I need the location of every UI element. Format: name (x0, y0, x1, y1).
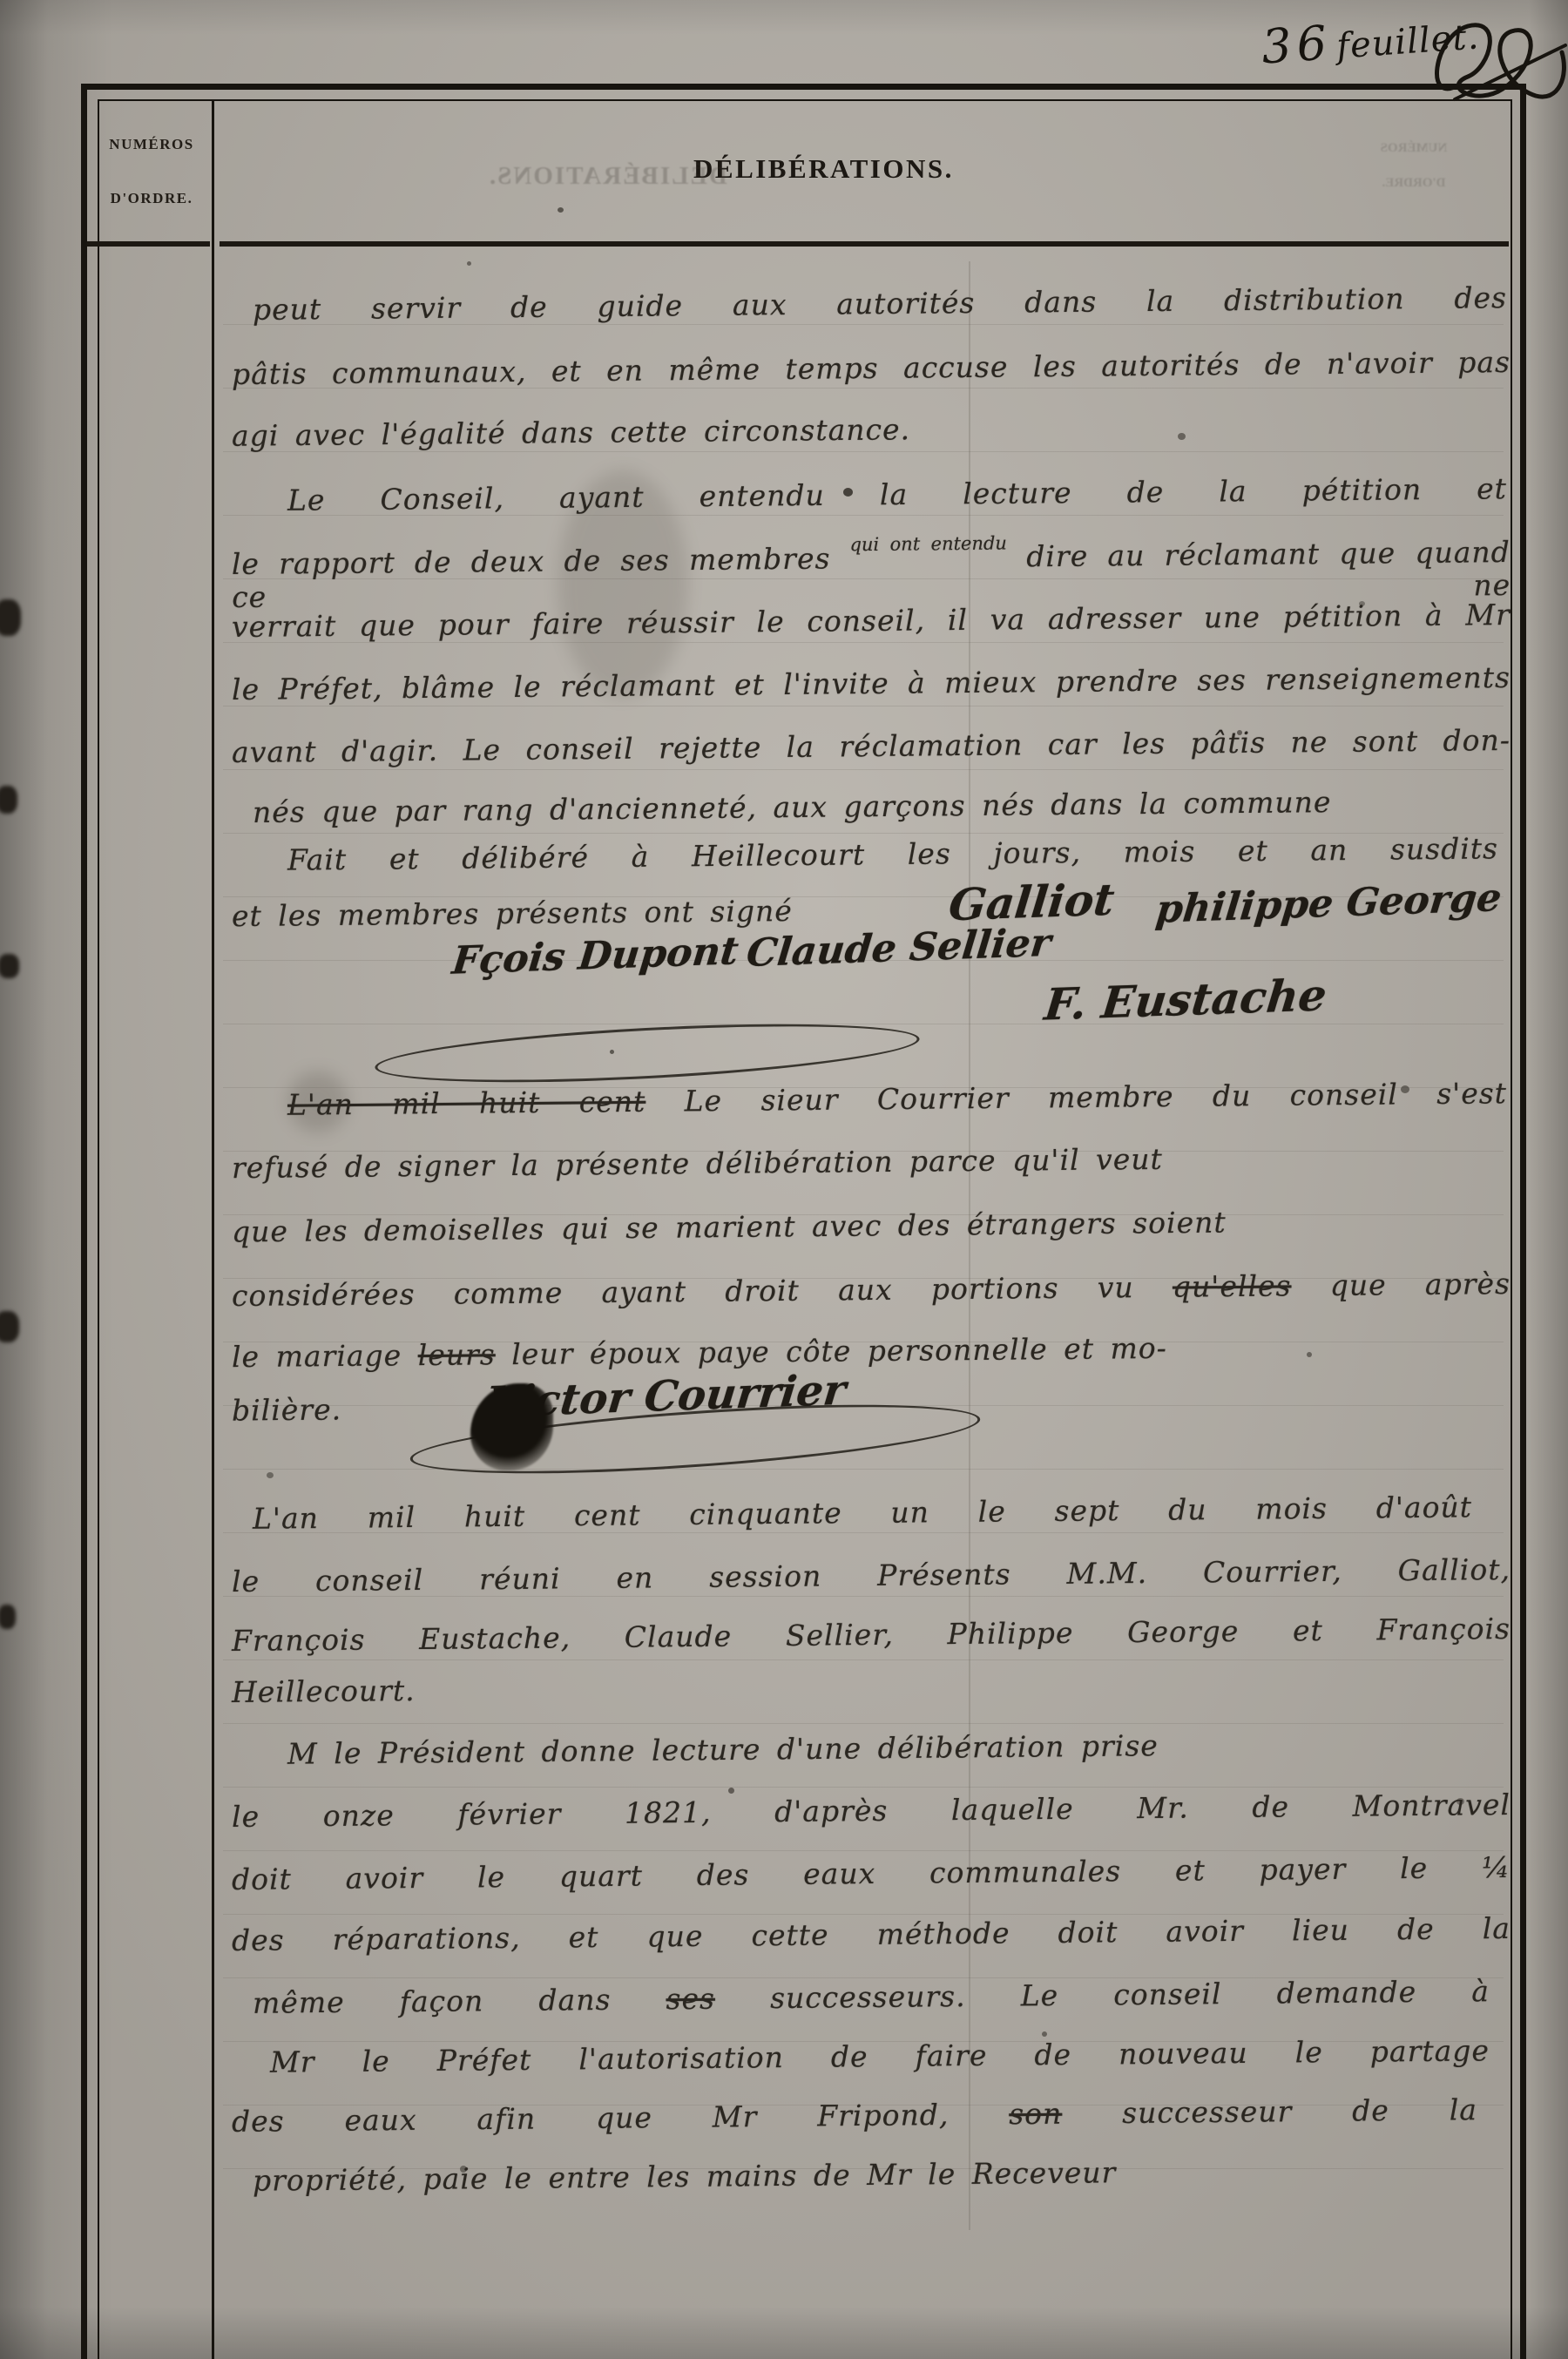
stain-spot (267, 1472, 274, 1478)
bleedthrough-order-label: NUMÉROS D'ORDRE. (1348, 131, 1479, 200)
signature-eustache: F. Eustache (1042, 969, 1329, 1030)
frame-left-inner (98, 99, 99, 2359)
manuscript-segment: leur époux paye côte personnelle et mo- (511, 1331, 1167, 1371)
interlinear-insertion: qui ont entendu (849, 533, 1007, 556)
frame-top-inner (98, 99, 1512, 101)
manuscript-line: bilière. (232, 1393, 341, 1427)
stain-spot (1307, 1352, 1312, 1357)
stain-spot (728, 1788, 734, 1794)
scanned-register-page: NUMÉROS D'ORDRE. DÉLIBÉRATIONS. DÉLIBÉRA… (0, 0, 1568, 2359)
frame-left-outer (81, 84, 87, 2359)
struck-text: leurs (418, 1337, 496, 1372)
manuscript-segment: le mariage (232, 1338, 402, 1374)
manuscript-segment: successeur de la (1122, 2092, 1477, 2130)
struck-text: son (1009, 2097, 1062, 2132)
bleedthrough-order-line1: NUMÉROS (1348, 131, 1479, 166)
manuscript-line: peut servir de guide aux autorités dans … (253, 281, 1507, 327)
binding-mark (0, 1605, 16, 1629)
order-column-label-line2: D'ORDRE. (98, 190, 206, 207)
stain-spot (1042, 2031, 1047, 2037)
binding-mark (0, 599, 21, 636)
manuscript-line: et les membres présents ont signé (232, 895, 793, 933)
struck-text: qu'elles (1173, 1268, 1292, 1303)
frame-right-outer (1520, 84, 1526, 2359)
struck-text: ses (666, 1982, 715, 2017)
header-separator-right (220, 241, 1509, 247)
page-title: DÉLIBÉRATIONS. (693, 153, 954, 185)
manuscript-line: agi avec l'égalité dans cette circonstan… (232, 413, 910, 452)
bleedthrough-title: DÉLIBÉRATIONS. (488, 162, 727, 191)
paraph-flourish-icon (1407, 2, 1568, 115)
manuscript-segment: que après (1330, 1267, 1511, 1302)
binding-mark (0, 954, 19, 978)
stain-spot (1178, 433, 1186, 440)
folio-number: 36 (1260, 15, 1334, 74)
stain-spot (558, 207, 564, 213)
manuscript-segment: des eaux afin que Mr Fripond, (232, 2098, 950, 2139)
manuscript-segment: même façon dans (253, 1983, 612, 2020)
binding-mark (0, 786, 17, 814)
manuscript-line: Heillecourt. (232, 1674, 416, 1709)
stain-spot (467, 261, 471, 266)
struck-text: L'an mil huit cent (287, 1085, 646, 1122)
binding-mark (0, 1311, 19, 1342)
order-column-label-line1: NUMÉROS (98, 136, 206, 153)
order-column-divider (212, 99, 214, 2359)
frame-right-inner (1511, 99, 1512, 2359)
header-separator-left (87, 241, 210, 247)
frame-top-outer (81, 84, 1526, 90)
bleedthrough-order-line2: D'ORDRE. (1348, 166, 1479, 200)
manuscript-segment: successeurs. Le conseil demande à (770, 1974, 1490, 2015)
